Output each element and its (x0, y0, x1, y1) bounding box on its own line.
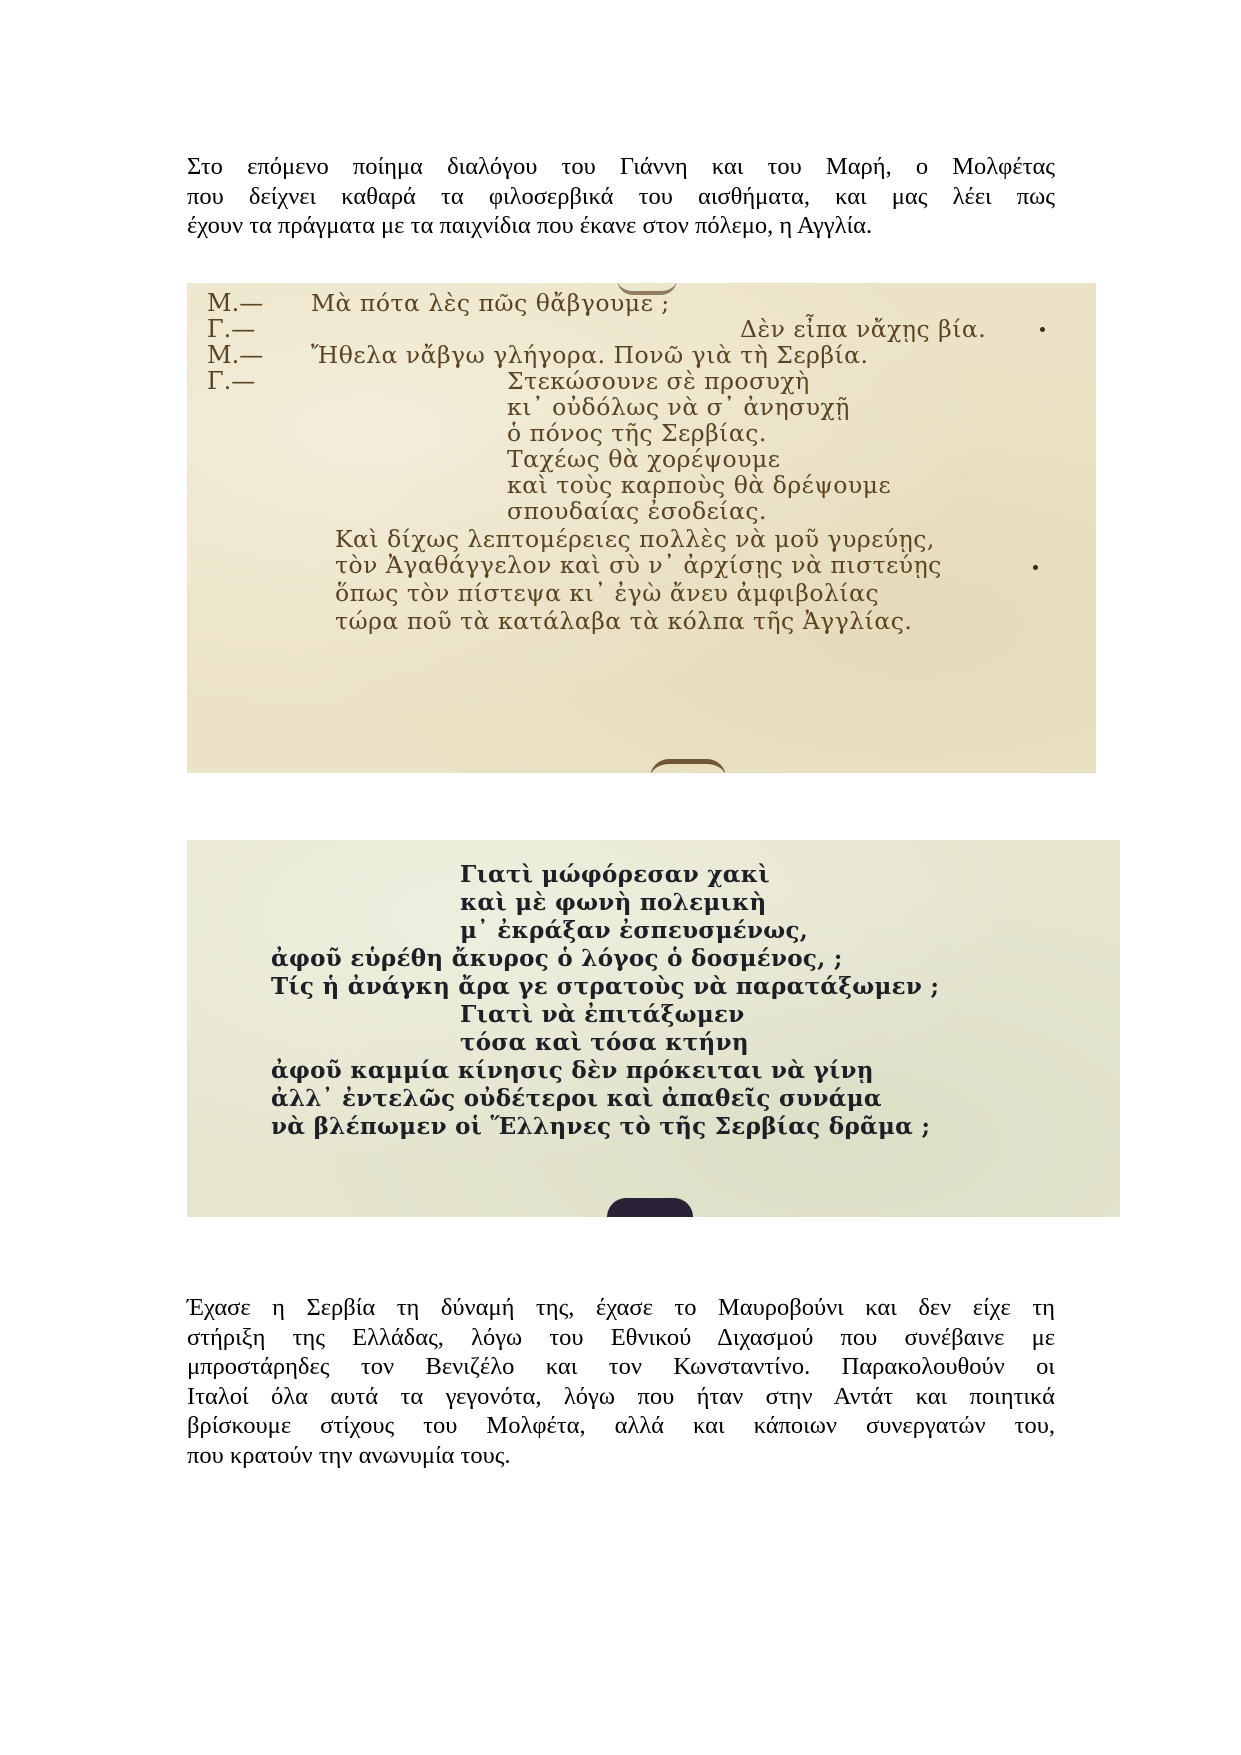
poem-line: τὸν Ἀγαθάγγελον καὶ σὺ ν᾽ ἀρχίσῃς νὰ πισ… (335, 552, 942, 578)
bullet-icon (1040, 327, 1045, 332)
intro-paragraph: Στο επόμενο ποίημα διαλόγου του Γιάννη κ… (187, 152, 1055, 241)
text-line: βρίσκουμε στίχους του Μολφέτα, αλλά και … (187, 1411, 1055, 1441)
poem-line: Στεκώσουνε σὲ προσυχὴ (507, 368, 810, 394)
ornament-icon (607, 1198, 693, 1217)
poem-line: ἀλλ᾽ ἐντελῶς οὐδέτεροι καὶ ἀπαθεῖς συνάμ… (271, 1086, 882, 1112)
poem-line: καὶ τοὺς καρποὺς θὰ δρέψουμε (507, 472, 891, 498)
poem-line: μ᾽ ἐκράξαν ἐσπευσμένως, (460, 918, 808, 944)
speaker-label: Γ.— (207, 368, 255, 394)
poem-line: τόσα καὶ τόσα κτήνη (460, 1030, 749, 1056)
poem-line: Τίς ἡ ἀνάγκη ἄρα γε στρατοὺς νὰ παρατάξω… (271, 974, 939, 1000)
poem-line: τώρα ποῦ τὰ κατάλαβα τὰ κόλπα τῆς Ἀγγλία… (335, 608, 912, 634)
poem-line: Καὶ δίχως λεπτομέρειες πολλὲς νὰ μοῦ γυρ… (335, 526, 935, 552)
text-line: που κρατούν την ανωνυμία τους. (187, 1441, 1055, 1471)
text-line: έχουν τα πράγματα με τα παιχνίδια που έκ… (187, 211, 1055, 241)
poem-line: νὰ βλέπωμεν οἱ Ἕλληνες τὸ τῆς Σερβίας δρ… (271, 1114, 930, 1140)
poem-line: Μὰ πότα λὲς πῶς θἄβγουμε ; (311, 290, 670, 316)
speaker-label: Γ.— (207, 316, 255, 342)
bullet-icon (1033, 565, 1038, 570)
poem-line: ὅπως τὸν πίστεψα κι᾽ ἐγὼ ἄνευ ἀμφιβολίας (335, 580, 879, 606)
text-line: Στο επόμενο ποίημα διαλόγου του Γιάννη κ… (187, 152, 1055, 182)
poem-line: ὁ πόνος τῆς Σερβίας. (507, 420, 767, 446)
text-line: μπροστάρηδες τον Βενιζέλο και τον Κωνστα… (187, 1352, 1055, 1382)
poem-line: Ἤθελα νἄβγω γλήγορα. Πονῶ γιὰ τὴ Σερβία. (311, 342, 869, 368)
scanned-poem-image-1: Μ.— Γ.— Μ.— Γ.— Μὰ πότα λὲς πῶς θἄβγουμε… (187, 283, 1096, 773)
poem-line: Δὲν εἶπα νἄχῃς βία. (740, 316, 986, 342)
speaker-label: Μ.— (207, 342, 263, 368)
poem-line: Γιατὶ νὰ ἐπιτάξωμεν (460, 1002, 745, 1028)
text-line: στήριξη της Ελλάδας, λόγω του Εθνικού Δι… (187, 1323, 1055, 1353)
text-line: Ιταλοί όλα αυτά τα γεγονότα, λόγω που ήτ… (187, 1382, 1055, 1412)
poem-line: ἀφοῦ εὑρέθη ἄκυρος ὁ λόγος ὁ δοσμένος, ; (271, 946, 843, 972)
text-line: Έχασε η Σερβία τη δύναμή της, έχασε το Μ… (187, 1293, 1055, 1323)
ornament-icon (650, 759, 726, 773)
scanned-poem-image-2: Γιατὶ μώφόρεσαν χακὶ καὶ μὲ φωνὴ πολεμικ… (187, 840, 1120, 1217)
poem-line: καὶ μὲ φωνὴ πολεμικὴ (460, 890, 767, 916)
poem-line: Γιατὶ μώφόρεσαν χακὶ (460, 862, 770, 888)
text-line: που δείχνει καθαρά τα φιλοσερβικά του αι… (187, 182, 1055, 212)
closing-paragraph: Έχασε η Σερβία τη δύναμή της, έχασε το Μ… (187, 1293, 1055, 1470)
poem-line: σπουδαίας ἐσοδείας. (507, 498, 767, 524)
speaker-label: Μ.— (207, 290, 263, 316)
poem-line: κι᾽ οὐδόλως νὰ σ᾽ ἀνησυχῇ (507, 394, 850, 420)
poem-line: Ταχέως θὰ χορέψουμε (507, 446, 780, 472)
poem-line: ἀφοῦ καμμία κίνησις δὲν πρόκειται νὰ γίν… (271, 1058, 874, 1084)
